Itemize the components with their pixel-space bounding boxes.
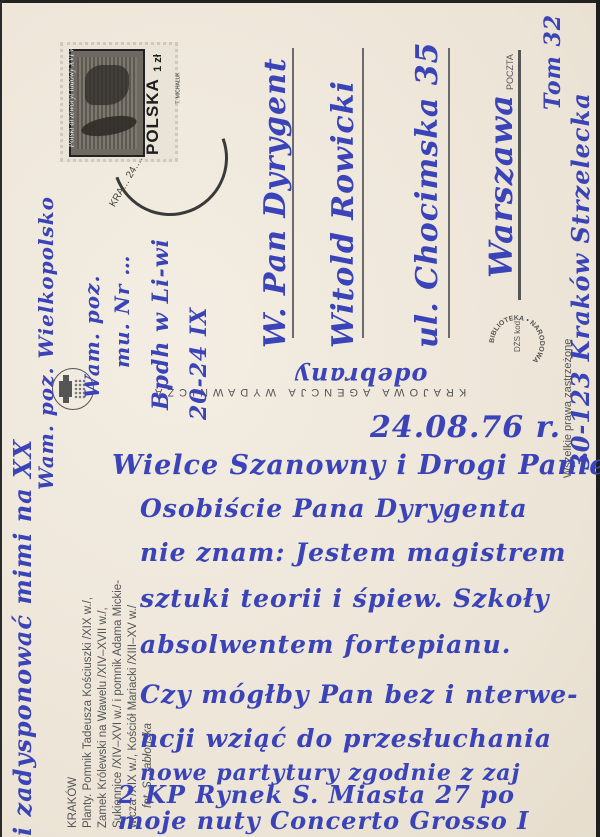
caption-line-1: Planty. Pomnik Tadeusza Kościuszki /XIX … <box>81 580 96 828</box>
letter-body-line-3: sztuki teorii i śpiew. Szkoły <box>140 584 549 613</box>
postcard-back: Polski drzeworyt ludowy XVI w. POLSKA 1 … <box>0 0 600 837</box>
scan-edge-right <box>596 0 600 837</box>
library-stamp: BIBLIOTEKA • NARODOWA DŻS kod. <box>484 310 550 376</box>
letter-body-line-4: absolwentem fortepianu. <box>140 630 511 659</box>
caption-city: KRAKÓW <box>66 580 81 828</box>
address-street: ul. Chocimska 35 <box>410 41 445 348</box>
annotation-4: 20-24 IX <box>186 307 212 420</box>
annotation-2: mu. Nr … <box>110 255 134 368</box>
address-city: Warszawa <box>482 94 520 278</box>
address-line-3 <box>448 48 450 338</box>
sender-line-1: Tom 32 <box>540 14 566 110</box>
scan-edge-top <box>0 0 600 3</box>
library-stamp-inner: DŻS kod. <box>513 319 522 352</box>
margin-note-left-2: Wam. poz. Wielkopolsko <box>34 196 58 490</box>
margin-note-left: i zadysponować mimi na XX <box>8 439 37 836</box>
scan-edge-left <box>0 0 2 837</box>
annotation-upside-down: odebrany <box>295 362 427 391</box>
annotation-1: Wam. poz. <box>80 275 104 398</box>
letter-body-line-8: 2 KP Rynek S. Miasta 27 po <box>118 780 515 809</box>
address-recipient: W. Pan Dyrygent <box>258 57 293 348</box>
address-line-2 <box>362 48 364 338</box>
annotation-3: Bpdh w Li-wi <box>148 238 174 410</box>
address-name: Witold Rowicki <box>326 80 361 348</box>
letter-body-line-9: moje nuty Concerto Grosso I <box>118 806 529 835</box>
letter-greeting: Wielce Szanowny i Drogi Panie! <box>112 450 600 481</box>
stamp-designer: T. MICHALUK <box>176 72 182 103</box>
letter-body-line-5: Czy mógłby Pan bez i nterwe- <box>140 680 579 709</box>
stamp-caption: Polski drzeworyt ludowy XVI w. <box>67 48 76 148</box>
stamp-value: 1 zł <box>152 54 164 72</box>
letter-date: 24.08.76 r. <box>370 410 561 445</box>
letter-body-line-6: ncji wziąć do przesłuchania <box>140 724 552 753</box>
caption-line-2: Zamek Królewski na Wawelu /XIV–XVII w./, <box>96 580 111 828</box>
sender-line-2: 30-123 Kraków Strzelecka <box>566 92 595 470</box>
poczta-label: POCZTA <box>505 54 515 90</box>
letter-body-line-2: nie znam: Jestem magistrem <box>140 538 566 567</box>
letter-body-line-1: Osobiście Pana Dyrygenta <box>140 494 528 523</box>
